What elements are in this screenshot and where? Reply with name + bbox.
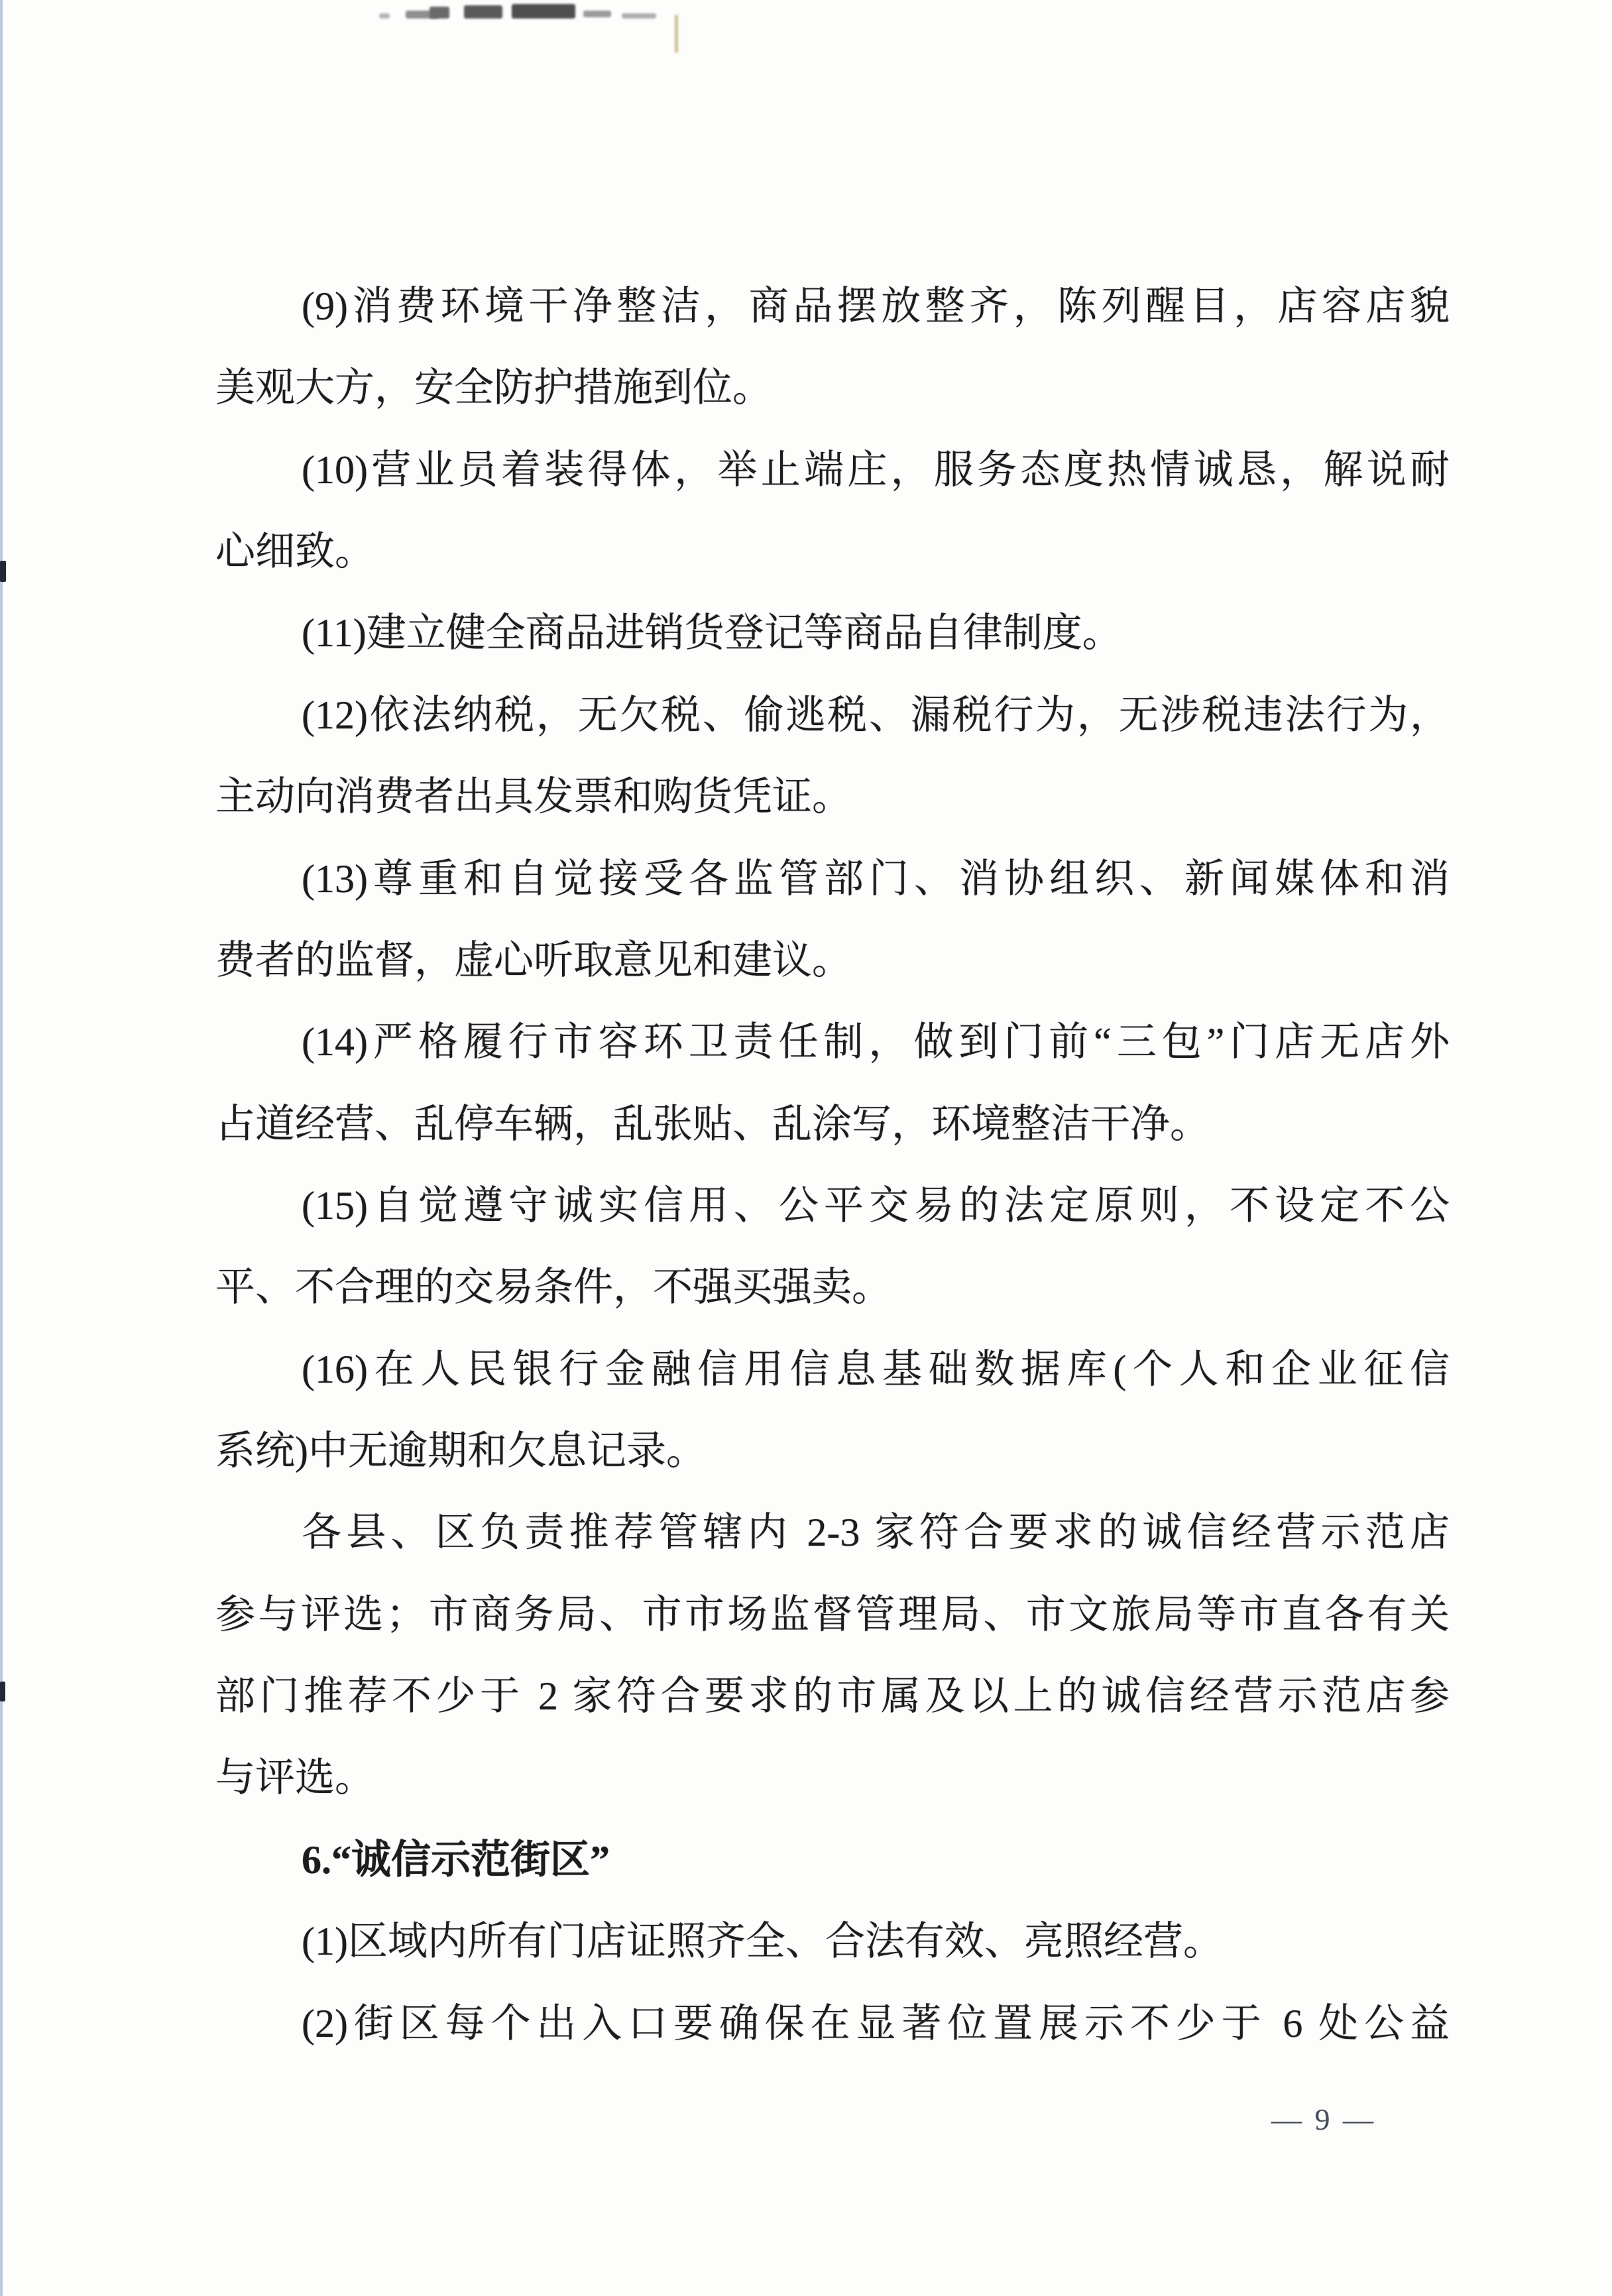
document-page: (9)消费环境干净整洁，商品摆放整齐，陈列醒目，店容店貌 美观大方，安全防护措施… — [0, 0, 1612, 2296]
text-line: 主动向消费者出具发票和购货凭证。 — [215, 756, 1450, 838]
text-line: 参与评选；市商务局、市市场监督管理局、市文旅局等市直各有关 — [215, 1574, 1450, 1656]
scan-edge-mark — [0, 1682, 5, 1701]
text-line: (16)在人民银行金融信用信息基础数据库(个人和企业征信 — [215, 1329, 1450, 1410]
text-line: 费者的监督，虚心听取意见和建议。 — [215, 920, 1450, 1002]
text-line: (14)严格履行市容环卫责任制，做到门前“三包”门店无店外 — [215, 1002, 1450, 1083]
scan-edge-mark — [0, 561, 6, 582]
page-number: — 9 — — [1271, 2100, 1376, 2140]
text-line: (11)建立健全商品进销货登记等商品自律制度。 — [215, 593, 1450, 674]
text-line: (15)自觉遵守诚实信用、公平交易的法定原则，不设定不公 — [215, 1165, 1450, 1247]
text-line: 与评选。 — [215, 1737, 1450, 1819]
scan-top-smudge — [430, 7, 449, 19]
text-line: 占道经营、乱停车辆，乱张贴、乱涂写，环境整洁干净。 — [215, 1084, 1450, 1165]
scan-top-smudge — [379, 13, 390, 19]
text-line: 各县、区负责推荐管辖内 2-3 家符合要求的诚信经营示范店 — [215, 1492, 1450, 1574]
text-line: 心细致。 — [215, 511, 1450, 593]
scan-top-smudge — [583, 11, 611, 17]
text-line: (10)营业员着装得体，举止端庄，服务态度热情诚恳，解说耐 — [215, 430, 1450, 511]
scan-top-smudge — [464, 5, 502, 19]
text-line: (1)区域内所有门店证照齐全、合法有效、亮照经营。 — [215, 1901, 1450, 1982]
text-line: 系统)中无逾期和欠息记录。 — [215, 1410, 1450, 1492]
scan-top-streak — [675, 15, 678, 53]
section-heading: 6.“诚信示范街区” — [215, 1819, 1450, 1901]
document-body: (9)消费环境干净整洁，商品摆放整齐，陈列醒目，店容店貌 美观大方，安全防护措施… — [215, 266, 1450, 2065]
text-line: (13)尊重和自觉接受各监管部门、消协组织、新闻媒体和消 — [215, 838, 1450, 920]
text-line: 平、不合理的交易条件，不强买强卖。 — [215, 1247, 1450, 1328]
text-line: (2)街区每个出入口要确保在显著位置展示不少于 6 处公益 — [215, 1983, 1450, 2065]
text-line: (9)消费环境干净整洁，商品摆放整齐，陈列醒目，店容店貌 — [215, 266, 1450, 347]
scan-left-edge-line — [0, 0, 3, 2296]
scan-top-smudge — [512, 4, 575, 19]
text-line: 部门推荐不少于 2 家符合要求的市属及以上的诚信经营示范店参 — [215, 1656, 1450, 1737]
scan-top-smudge — [622, 13, 656, 19]
text-line: 美观大方，安全防护措施到位。 — [215, 347, 1450, 429]
text-line: (12)依法纳税，无欠税、偷逃税、漏税行为，无涉税违法行为， — [215, 675, 1450, 756]
